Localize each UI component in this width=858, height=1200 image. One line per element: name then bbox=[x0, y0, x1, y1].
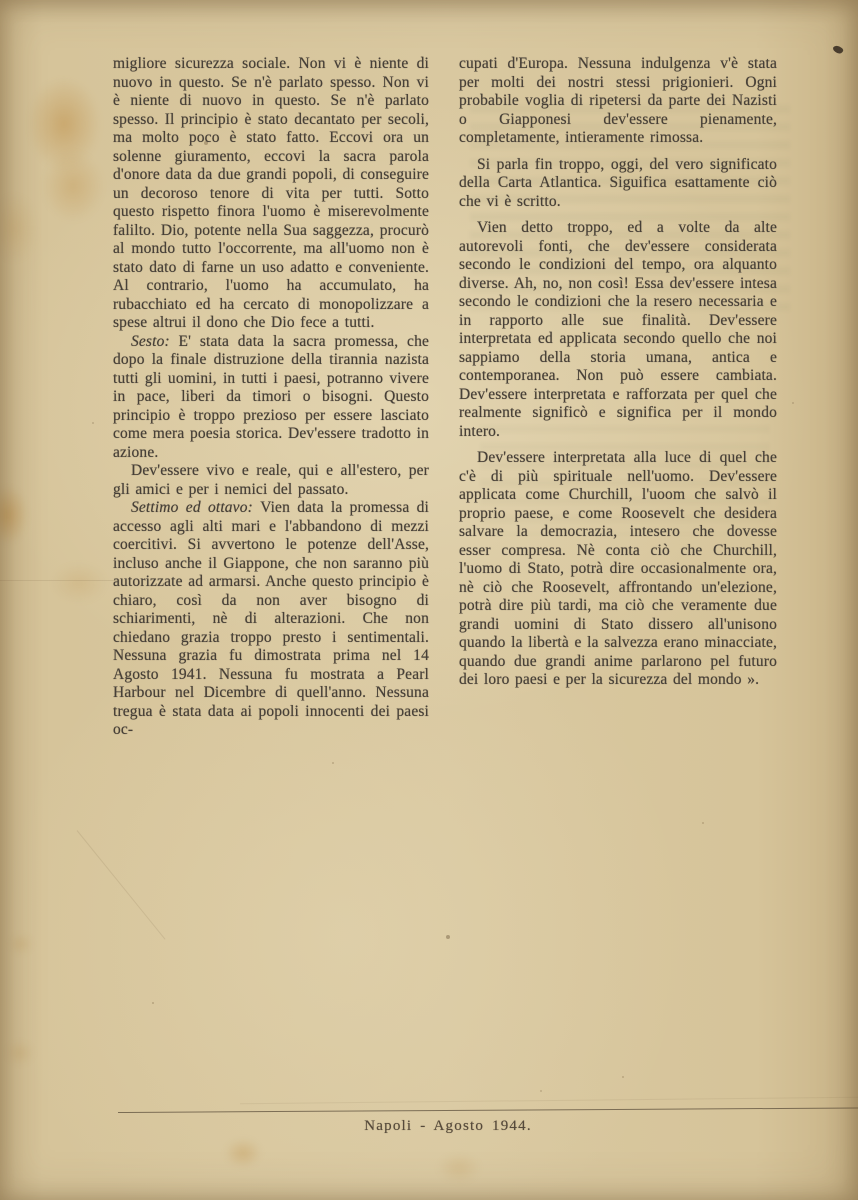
paragraph: Si parla fin troppo, oggi, del vero sign… bbox=[459, 156, 777, 212]
foxing-stain bbox=[8, 933, 34, 955]
paragraph: Sesto: E' stata data la sacra promessa, … bbox=[113, 333, 429, 463]
foxing-stain bbox=[5, 1040, 35, 1066]
paragraph-text: cupati d'Europa. Nessuna indulgenza v'è … bbox=[459, 55, 777, 146]
paragraph-text: Vien data la promessa di accesso agli al… bbox=[113, 499, 429, 738]
paragraph-lead: Sesto: bbox=[131, 333, 179, 350]
paragraph-text: Si parla fin troppo, oggi, del vero sign… bbox=[459, 156, 777, 210]
paragraph-text: Dev'essere interpretata alla luce di que… bbox=[459, 449, 777, 688]
document-page: migliore sicurezza sociale. Non vi è nie… bbox=[0, 0, 858, 1200]
paragraph: migliore sicurezza sociale. Non vi è nie… bbox=[113, 55, 429, 333]
ink-fleck bbox=[832, 44, 844, 56]
paragraph-text: Vien detto troppo, ed a volte da alte au… bbox=[459, 219, 777, 440]
paragraph-text: E' stata data la sacra promessa, che dop… bbox=[113, 333, 429, 461]
left-column: migliore sicurezza sociale. Non vi è nie… bbox=[113, 55, 429, 740]
paper-crease bbox=[240, 1097, 858, 1104]
foxing-stain bbox=[0, 486, 28, 544]
paragraph: cupati d'Europa. Nessuna indulgenza v'è … bbox=[459, 55, 777, 148]
foxing-stain bbox=[0, 192, 40, 264]
foxing-stain bbox=[42, 150, 104, 222]
foxing-stain bbox=[224, 1138, 262, 1168]
right-column: cupati d'Europa. Nessuna indulgenza v'è … bbox=[459, 55, 777, 690]
paragraph-lead: Settimo ed ottavo: bbox=[131, 499, 260, 516]
paragraph-text: Dev'essere vivo e reale, qui e all'ester… bbox=[113, 462, 429, 498]
paper-specks bbox=[0, 0, 2, 2]
foxing-stain bbox=[50, 562, 108, 604]
footer-rule bbox=[118, 1107, 858, 1113]
paper-crease bbox=[77, 830, 166, 939]
paragraph: Dev'essere vivo e reale, qui e all'ester… bbox=[113, 462, 429, 499]
imprint-text: Napoli - Agosto 1944. bbox=[0, 1118, 858, 1135]
paragraph: Dev'essere interpretata alla luce di que… bbox=[459, 449, 777, 690]
paper-crease bbox=[0, 580, 118, 581]
paragraph: Vien detto troppo, ed a volte da alte au… bbox=[459, 219, 777, 441]
foxing-stain bbox=[436, 1152, 482, 1184]
paragraph-text: migliore sicurezza sociale. Non vi è nie… bbox=[113, 55, 429, 331]
foxing-stain bbox=[28, 78, 100, 170]
paragraph: Settimo ed ottavo: Vien data la promessa… bbox=[113, 499, 429, 740]
